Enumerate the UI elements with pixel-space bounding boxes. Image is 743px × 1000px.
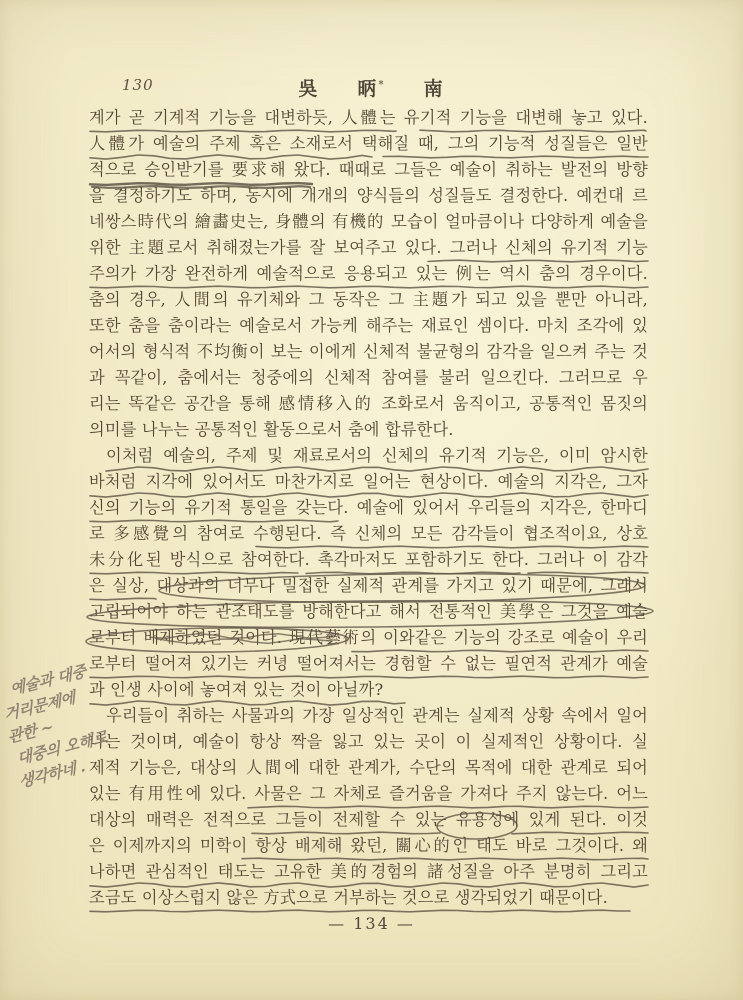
text-line: 리는 똑같은 공간을 통해 感情移入的 조화로서 움직이고, 공통적인 몸짓의 bbox=[89, 391, 648, 417]
author-char-1: 吳 bbox=[298, 78, 319, 100]
text-line: 계가 곧 기계적 기능을 대변하듯, 人體는 유기적 기능을 대변해 놓고 있다… bbox=[89, 105, 648, 131]
text-line: 신의 기능의 유기적 통일을 갖는다. 예술에 있어서 우리들의 지각은, 한마… bbox=[89, 495, 648, 521]
text-line: 人體가 예술의 주제 혹은 소재로서 택해질 때, 그의 기능적 성질들은 일반 bbox=[89, 131, 648, 157]
text-line: 이처럼 예술의, 주제 및 재료로서의 신체의 유기적 기능은, 이미 암시한 bbox=[89, 443, 648, 469]
text-line: 대상의 매력은 전적으로 그들이 전제할 수 있는 유용성에 있게 된다. 이것 bbox=[89, 807, 648, 833]
text-line: 과 인생 사이에 놓여져 있는 것이 아닐까? bbox=[89, 677, 648, 703]
text-line: 있는 有用性에 있다. 사물은 그 자체로 즐거움을 가져다 주지 않는다. 어… bbox=[89, 781, 648, 807]
text-line: 나하면 관심적인 태도는 고유한 美的경험의 諸성질을 아주 분명히 그리고 bbox=[89, 859, 648, 885]
text-line: 제적 기능은, 대상의 人間에 대한 관계가, 수단의 목적에 대한 관계로 되… bbox=[89, 755, 648, 781]
text-line: 춤의 경우, 人間의 유기체와 그 동작은 그 主題가 되고 있을 뿐만 아니라… bbox=[89, 287, 648, 313]
text-line: 위한 主題로서 취해졌는가를 잘 보여주고 있다. 그러나 신체의 유기적 기능 bbox=[89, 235, 648, 261]
footer-page-number: — 134 — bbox=[0, 914, 743, 933]
text-line: 바처럼 지각에 있어서도 마찬가지로 일어는 현상이다. 예술의 지각은, 그자 bbox=[89, 469, 648, 495]
text-line: 또한 춤을 춤이라는 예술로서 가능케 해주는 재료인 셈이다. 마치 조각에 … bbox=[89, 313, 648, 339]
author-char-2: 昞 bbox=[357, 78, 378, 100]
text-line: 로 多感覺의 참여로 수행된다. 즉 신체의 모든 감각들이 협조적이요, 상호 bbox=[89, 521, 648, 547]
author-name: 吳昞*南 bbox=[0, 74, 743, 101]
text-line: 은 실상, 대상과의 너무나 밀접한 실제적 관계를 가지고 있기 때문에, 그… bbox=[89, 573, 648, 599]
author-footnote-mark: * bbox=[378, 80, 385, 91]
text-line: 어서의 형식적 不均衡이 보는 이에게 신체적 불균형의 감각을 일으켜 주는 … bbox=[89, 339, 648, 365]
body-text: 계가 곧 기계적 기능을 대변하듯, 人體는 유기적 기능을 대변해 놓고 있다… bbox=[89, 105, 648, 911]
text-line: 과 꼭같이, 춤에서는 청중에의 신체적 참여를 불러 일으킨다. 그러므로 우 bbox=[89, 365, 648, 391]
text-line: 고립되어야 하는 관조태도를 방해한다고 해서 전통적인 美學은 그것을 예술 bbox=[89, 599, 648, 625]
scanned-document-page: 130 吳昞*南 계가 곧 기계적 기능을 대변하듯, 人體는 유기적 기능을 … bbox=[0, 0, 743, 1000]
text-line: 적으로 승인받기를 要求해 왔다. 때때로 그들은 예술이 취하는 발전의 방향 bbox=[89, 157, 648, 183]
text-line: 우리들이 취하는 사물과의 가장 일상적인 관계는 실제적 상황 속에서 일어 bbox=[89, 703, 648, 729]
text-line: 로부터 배제하였던 것이다. 現代藝術의 이와같은 기능의 강조로 예술이 우리 bbox=[89, 625, 648, 651]
text-line: 나는 것이며, 예술이 항상 짝을 잃고 있는 곳이 이 실제적인 상황이다. … bbox=[89, 729, 648, 755]
text-line: 네쌍스時代의 繪畵史는, 身體의 有機的 모습이 얼마큼이나 다양하게 예술을 bbox=[89, 209, 648, 235]
text-line: 조금도 이상스럽지 않은 方式으로 거부하는 것으로 생각되었기 때문이다. bbox=[89, 885, 648, 911]
text-line: 을 결정하기도 하며, 동시에 개개의 양식들의 성질들도 결정한다. 예컨대 … bbox=[89, 183, 648, 209]
text-line: 은 이제까지의 미학이 항상 배제해 왔던, 關心的인 태도 바로 그것이다. … bbox=[89, 833, 648, 859]
text-line: 로부터 떨어져 있기는 커녕 떨어져서는 경험할 수 없는 필연적 관계가 예술 bbox=[89, 651, 648, 677]
text-line: 未分化된 방식으로 참여한다. 촉각마저도 포함하기도 한다. 그러나 이 감각 bbox=[89, 547, 648, 573]
author-char-3: 南 bbox=[424, 78, 445, 100]
text-line: 주의가 가장 완전하게 예술적으로 응용되고 있는 例는 역시 춤의 경우이다. bbox=[89, 261, 648, 287]
text-line: 의미를 나누는 공통적인 활동으로서 춤에 합류한다. bbox=[89, 417, 648, 443]
